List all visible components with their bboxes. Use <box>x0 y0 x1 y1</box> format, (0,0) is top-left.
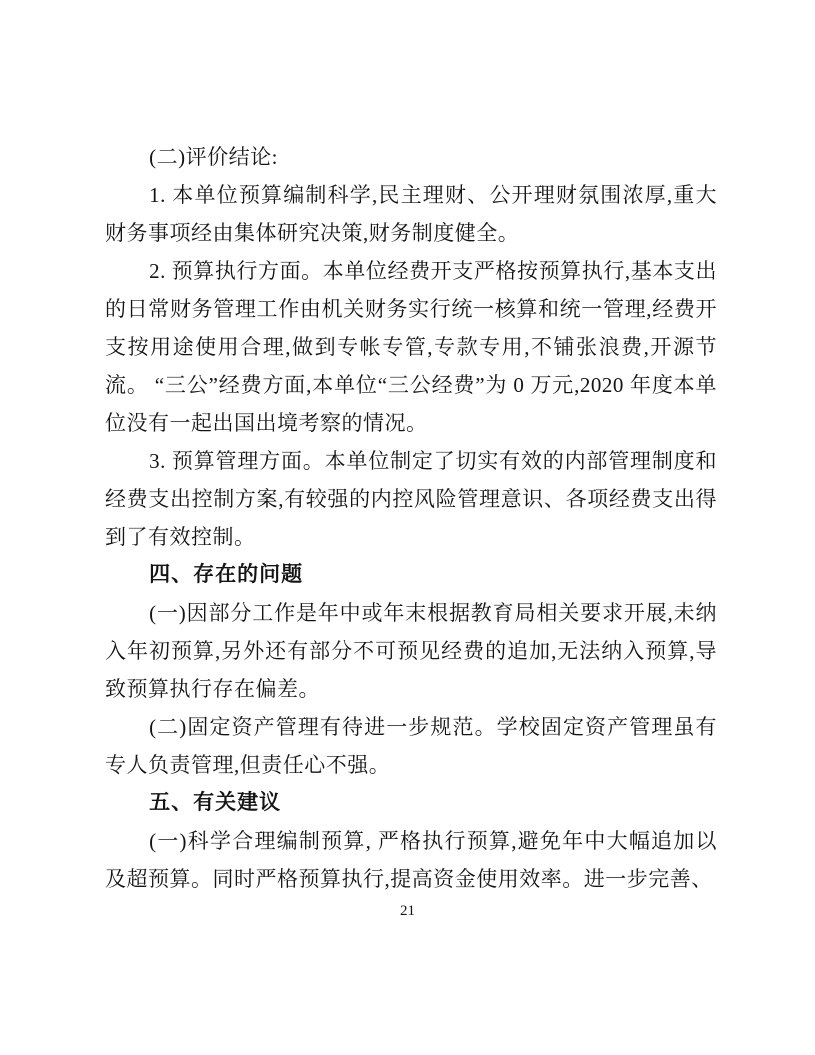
paragraph-conclusion-item-2: 2. 预算执行方面。本单位经费开支严格按预算执行,基本支出的日常财务管理工作由机… <box>105 252 717 442</box>
heading-existing-problems: 四、存在的问题 <box>105 556 717 594</box>
paragraph-suggestion-1: (一)科学合理编制预算, 严格执行预算,避免年中大幅追加以及超预算。同时严格预算… <box>105 822 717 898</box>
page-number: 21 <box>0 903 815 920</box>
document-body: (二)评价结论: 1. 本单位预算编制科学,民主理财、公开理财氛围浓厚,重大财务… <box>105 138 717 898</box>
paragraph-problem-2: (二)固定资产管理有待进一步规范。学校固定资产管理虽有专人负责管理,但责任心不强… <box>105 708 717 784</box>
document-page: (二)评价结论: 1. 本单位预算编制科学,民主理财、公开理财氛围浓厚,重大财务… <box>0 0 815 1055</box>
paragraph-conclusion-item-1: 1. 本单位预算编制科学,民主理财、公开理财氛围浓厚,重大财务事项经由集体研究决… <box>105 176 717 252</box>
paragraph-conclusion-item-3: 3. 预算管理方面。本单位制定了切实有效的内部管理制度和经费支出控制方案,有较强… <box>105 442 717 556</box>
paragraph-problem-1: (一)因部分工作是年中或年末根据教育局相关要求开展,未纳入年初预算,另外还有部分… <box>105 594 717 708</box>
heading-suggestions: 五、有关建议 <box>105 784 717 822</box>
paragraph-evaluation-conclusion-label: (二)评价结论: <box>105 138 717 176</box>
